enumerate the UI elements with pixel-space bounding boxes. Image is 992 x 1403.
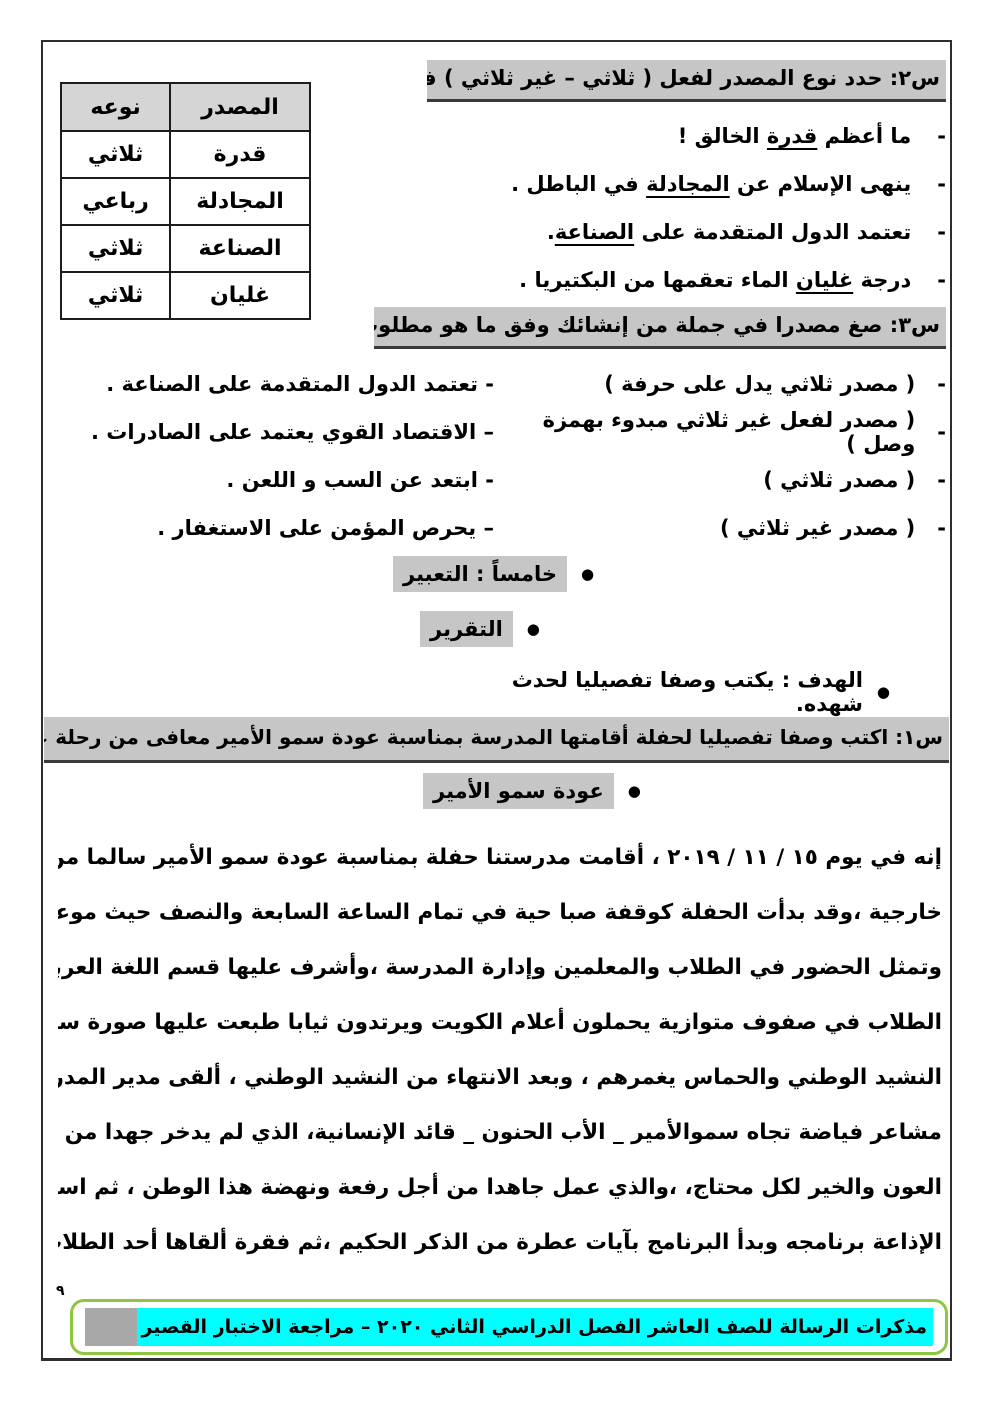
question-3-rows: - ( مصدر ثلاثي يدل على حرفة ) - تعتمد ال…: [55, 360, 946, 552]
list-item: - ( مصدر ثلاثي ) - ابتعد عن السب و اللعن…: [55, 456, 946, 504]
table-cell-type: ثلاثي: [61, 225, 170, 272]
dash-marker: -: [937, 268, 946, 292]
dash-marker: -: [937, 468, 946, 492]
table-cell-masdar: الصناعة: [170, 225, 310, 272]
essay-line: الإذاعة برنامجه وبدأ البرنامج بآيات عطرة…: [58, 1215, 942, 1270]
essay-line: إنه في يوم ١٥ / ١١ / ٢٠١٩ ، أقامت مدرستن…: [58, 830, 942, 885]
document-page: س٢: حدد نوع المصدر لفعل ( ثلاثي – غير ثل…: [0, 0, 992, 1403]
essay-line: مشاعر فياضة تجاه سموالأمير _ الأب الحنون…: [58, 1105, 942, 1160]
prompt-cell: - ( مصدر ثلاثي ): [494, 468, 946, 492]
item-text-pre: ينهى الإسلام عن: [730, 172, 912, 196]
table-cell-masdar: غليان: [170, 272, 310, 319]
question-1-title: س١: اكتب وصفا تفصيليا لحفلة أقامتها المد…: [44, 717, 949, 763]
item-text: تعتمد الدول المتقدمة على الصناعة.: [547, 220, 911, 244]
list-item: - ( مصدر لفعل غير ثلاثي مبدوء بهمزة وصل …: [55, 408, 946, 456]
list-item: - ( مصدر غير ثلاثي ) – يحرص المؤمن على ا…: [55, 504, 946, 552]
page-number: ٩: [56, 1283, 65, 1299]
essay-title-label: عودة سمو الأمير: [423, 773, 614, 809]
list-item: - ما أعظم قدرة الخالق !: [440, 112, 946, 160]
table-row: قدرة ثلاثي: [61, 131, 310, 178]
item-text-post: في الباطل .: [511, 172, 646, 196]
item-text-pre: درجة: [853, 268, 911, 292]
table-cell-masdar: قدرة: [170, 131, 310, 178]
underlined-word: قدرة: [767, 124, 817, 148]
question-3-title: س٣: صغ مصدرا في جملة من إنشائك وفق ما هو…: [374, 307, 946, 349]
item-text-post: الخالق !: [678, 124, 767, 148]
essay-title: ● عودة سمو الأمير: [423, 773, 641, 809]
answer-text: – يحرص المؤمن على الاستغفار .: [55, 516, 494, 540]
item-text: ما أعظم قدرة الخالق !: [678, 124, 911, 148]
table-header-type: نوعه: [61, 83, 170, 131]
dash-marker: -: [937, 124, 946, 148]
essay-paragraph: إنه في يوم ١٥ / ١١ / ٢٠١٩ ، أقامت مدرستن…: [58, 830, 942, 1270]
underlined-word: غليان: [796, 268, 853, 292]
footer-banner: مذكرات الرسالة للصف العاشر الفصل الدراسي…: [70, 1299, 948, 1355]
essay-line: الطلاب في صفوف متوازية يحملون أعلام الكو…: [58, 995, 942, 1050]
prompt-cell: - ( مصدر غير ثلاثي ): [494, 516, 946, 540]
item-text-post: الماء تعقمها من البكتيريا .: [519, 268, 796, 292]
prompt-text: ( مصدر ثلاثي يدل على حرفة ): [604, 372, 915, 396]
list-item: - ينهى الإسلام عن المجادلة في الباطل .: [440, 160, 946, 208]
prompt-cell: - ( مصدر ثلاثي يدل على حرفة ): [494, 372, 946, 396]
goal-text: الهدف : يكتب وصفا تفصيليا لحدث شهده.: [480, 668, 863, 716]
answer-text: - تعتمد الدول المتقدمة على الصناعة .: [55, 372, 494, 396]
table-cell-type: رباعي: [61, 178, 170, 225]
prompt-text: ( مصدر لفعل غير ثلاثي مبدوء بهمزة وصل ): [494, 408, 915, 456]
item-text-post: .: [547, 220, 555, 244]
item-text-pre: تعتمد الدول المتقدمة على: [634, 220, 911, 244]
prompt-text: ( مصدر غير ثلاثي ): [720, 516, 915, 540]
footer-gray-box: [85, 1308, 137, 1346]
essay-line: خارجية ،وقد بدأت الحفلة كوقفة صبا حية في…: [58, 885, 942, 940]
essay-line: وتمثل الحضور في الطلاب والمعلمين وإدارة …: [58, 940, 942, 995]
table-cell-type: ثلاثي: [61, 272, 170, 319]
dash-marker: -: [937, 372, 946, 396]
prompt-text: ( مصدر ثلاثي ): [763, 468, 915, 492]
masdar-table: المصدر نوعه قدرة ثلاثي المجادلة رباعي ال…: [60, 82, 311, 320]
essay-line: العون والخير لكل محتاج، ،والذي عمل جاهدا…: [58, 1160, 942, 1215]
table-row: الصناعة ثلاثي: [61, 225, 310, 272]
answer-text: - ابتعد عن السب و اللعن .: [55, 468, 494, 492]
report-subheading: ● التقرير: [420, 611, 540, 647]
bullet-icon: ●: [877, 685, 890, 700]
question-2-title: س٢: حدد نوع المصدر لفعل ( ثلاثي – غير ثل…: [427, 60, 946, 102]
list-item: - تعتمد الدول المتقدمة على الصناعة.: [440, 208, 946, 256]
bullet-icon: ●: [527, 622, 540, 637]
essay-line: النشيد الوطني والحماس يغمرهم ، وبعد الان…: [58, 1050, 942, 1105]
question-2-items: - ما أعظم قدرة الخالق ! - ينهى الإسلام ع…: [440, 112, 946, 304]
dash-marker: -: [937, 516, 946, 540]
table-header-masdar: المصدر: [170, 83, 310, 131]
prompt-cell: - ( مصدر لفعل غير ثلاثي مبدوء بهمزة وصل …: [494, 408, 946, 456]
bullet-icon: ●: [581, 567, 594, 582]
dash-marker: -: [937, 220, 946, 244]
underlined-word: الصناعة: [555, 220, 634, 244]
footer-text: مذكرات الرسالة للصف العاشر الفصل الدراسي…: [137, 1308, 933, 1346]
item-text: ينهى الإسلام عن المجادلة في الباطل .: [511, 172, 911, 196]
answer-text: – الاقتصاد القوي يعتمد على الصادرات .: [55, 420, 494, 444]
item-text-pre: ما أعظم: [817, 124, 911, 148]
table-row: المجادلة رباعي: [61, 178, 310, 225]
report-subheading-label: التقرير: [420, 611, 513, 647]
table-row: غليان ثلاثي: [61, 272, 310, 319]
dash-marker: -: [937, 172, 946, 196]
section-five-heading: ● خامساً : التعبير: [393, 556, 594, 592]
underlined-word: المجادلة: [646, 172, 730, 196]
bullet-icon: ●: [628, 784, 641, 799]
table-header-row: المصدر نوعه: [61, 83, 310, 131]
goal-line: ● الهدف : يكتب وصفا تفصيليا لحدث شهده.: [480, 668, 890, 716]
item-text: درجة غليان الماء تعقمها من البكتيريا .: [519, 268, 911, 292]
table-cell-type: ثلاثي: [61, 131, 170, 178]
dash-marker: -: [937, 420, 946, 444]
list-item: - درجة غليان الماء تعقمها من البكتيريا .: [440, 256, 946, 304]
table-cell-masdar: المجادلة: [170, 178, 310, 225]
section-five-heading-label: خامساً : التعبير: [393, 556, 567, 592]
list-item: - ( مصدر ثلاثي يدل على حرفة ) - تعتمد ال…: [55, 360, 946, 408]
